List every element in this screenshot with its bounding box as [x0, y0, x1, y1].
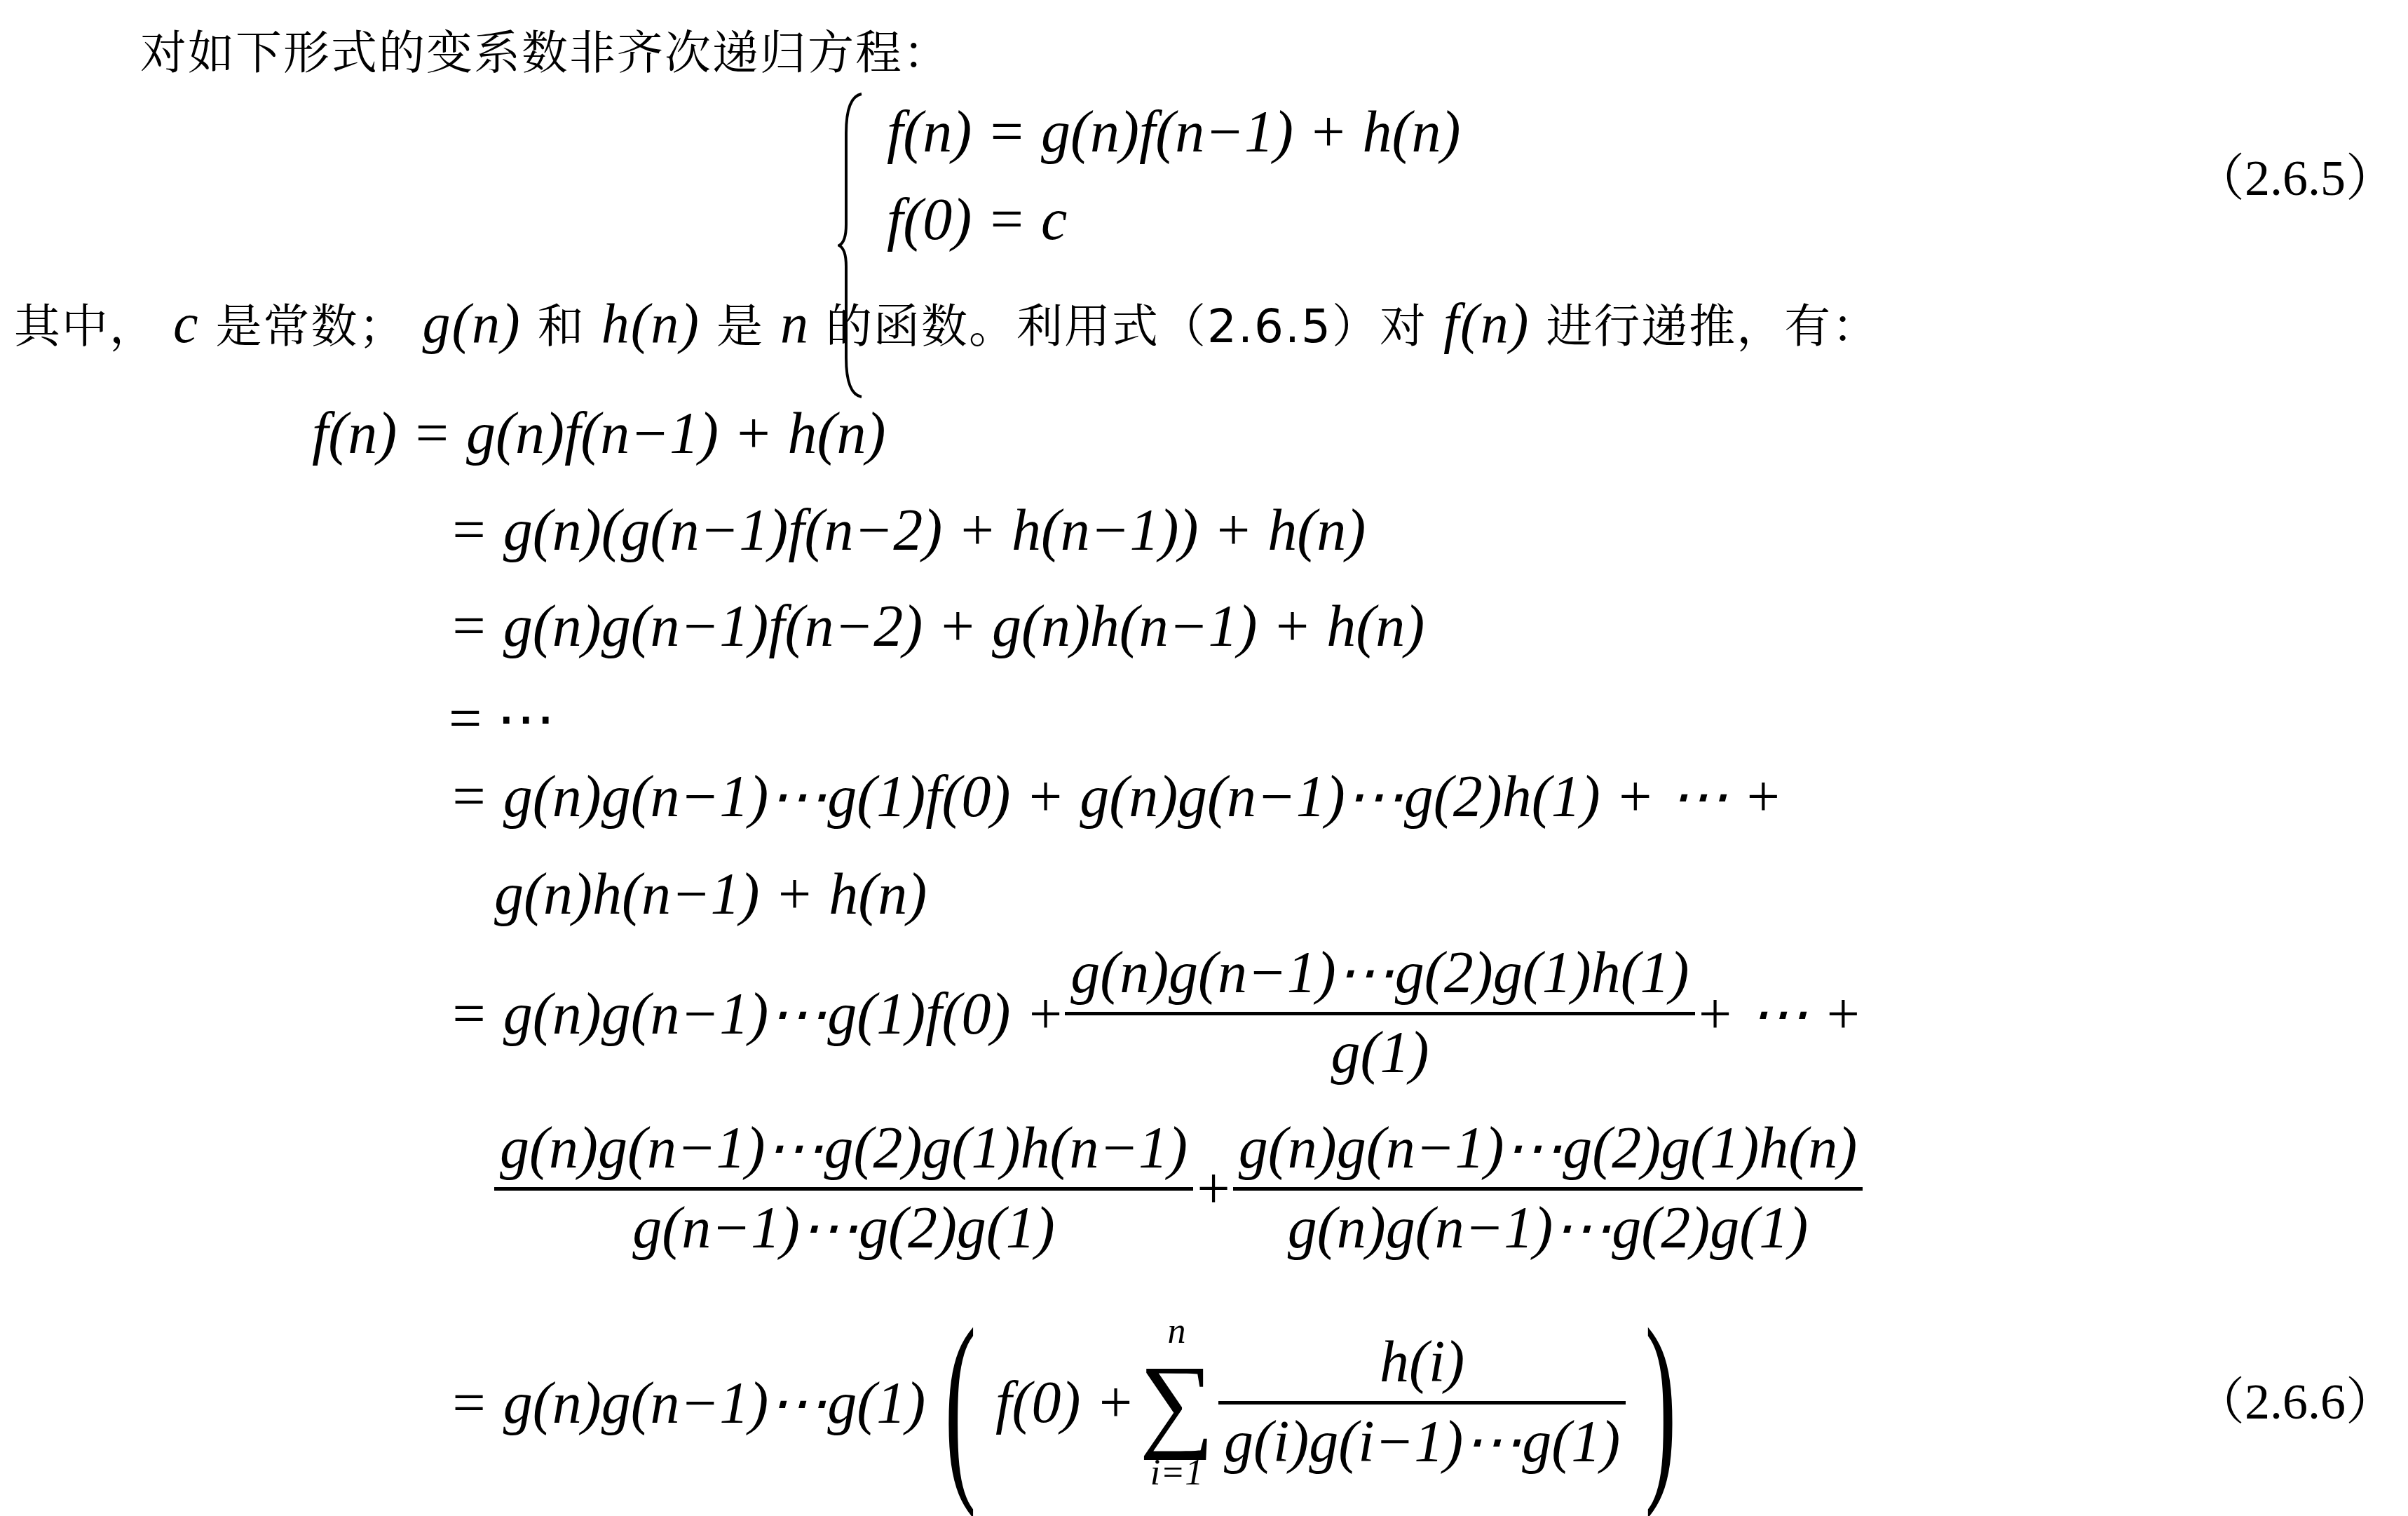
row8-frac1-denominator: g(n−1)⋯g(2)g(1)	[627, 1195, 1061, 1263]
row8-fraction-1: g(n)g(n−1)⋯g(2)g(1)h(n−1) g(n−1)⋯g(2)g(1…	[494, 1115, 1193, 1262]
row8-fraction-2: g(n)g(n−1)⋯g(2)g(1)h(n) g(n)g(n−1)⋯g(2)g…	[1233, 1115, 1863, 1262]
derivation-row-9: = g(n)g(n−1)⋯g(1) ( f(0) + n ∑ i=1 h(i) …	[449, 1304, 1696, 1501]
intro-text: 对如下形式的变系数非齐次递归方程：	[140, 15, 951, 82]
explanation-part3: 和	[538, 299, 585, 353]
sigma-icon: ∑	[1139, 1350, 1214, 1455]
explanation-part6: 进行递推，有：	[1546, 299, 1879, 353]
row8-plus: +	[1193, 1155, 1233, 1223]
derivation-row-6: g(n)h(n−1) + h(n)	[494, 860, 927, 928]
row9-denominator: g(i)g(i−1)⋯g(1)	[1218, 1409, 1626, 1477]
system-equation-1: f(n) = g(n)f(n−1) + h(n)	[887, 98, 1461, 166]
row9-inner-lead: f(0) +	[995, 1369, 1135, 1437]
row7-lead: = g(n)g(n−1)⋯g(1)f(0) +	[449, 979, 1065, 1048]
var-h-n: h(n)	[601, 293, 700, 355]
row9-fraction: h(i) g(i)g(i−1)⋯g(1)	[1218, 1329, 1626, 1476]
var-g-n: g(n)	[422, 293, 521, 355]
derivation-row-7: = g(n)g(n−1)⋯g(1)f(0) + g(n)g(n−1)⋯g(2)g…	[449, 940, 1863, 1087]
var-n: n	[780, 293, 810, 355]
fraction-bar	[494, 1187, 1193, 1191]
row8-frac2-numerator: g(n)g(n−1)⋯g(2)g(1)h(n)	[1233, 1115, 1863, 1183]
explanation-part1: 其中，	[14, 299, 157, 353]
derivation-row-8: g(n)g(n−1)⋯g(2)g(1)h(n−1) g(n−1)⋯g(2)g(1…	[494, 1115, 1863, 1262]
var-f-n: f(n)	[1443, 293, 1530, 355]
sum-lower-limit: i=1	[1150, 1455, 1204, 1491]
right-paren-icon: )	[1645, 1297, 1677, 1508]
row8-frac2-denominator: g(n)g(n−1)⋯g(2)g(1)	[1282, 1195, 1814, 1263]
derivation-row-5: = g(n)g(n−1)⋯g(1)f(0) + g(n)g(n−1)⋯g(2)h…	[449, 762, 1783, 831]
derivation-row-1: f(n) = g(n)f(n−1) + h(n)	[312, 400, 886, 468]
row8-frac1-numerator: g(n)g(n−1)⋯g(2)g(1)h(n−1)	[494, 1115, 1193, 1183]
explanation-part4: 是	[716, 299, 764, 353]
explanation-part2: 是常数；	[215, 299, 406, 353]
row7-trail: + ⋯ +	[1695, 979, 1863, 1048]
row7-numerator: g(n)g(n−1)⋯g(2)g(1)h(1)	[1065, 940, 1694, 1008]
system-equation-2: f(0) = c	[887, 186, 1067, 254]
explanation-text: 其中， c 是常数； g(n) 和 h(n) 是 n 的函数。利用式（2.6.5…	[14, 289, 1879, 356]
derivation-row-4: = ⋯	[449, 684, 555, 753]
equation-number-2-6-5: （2.6.5）	[2194, 137, 2396, 210]
row7-fraction: g(n)g(n−1)⋯g(2)g(1)h(1) g(1)	[1065, 940, 1694, 1087]
summation: n ∑ i=1	[1139, 1313, 1214, 1491]
derivation-row-3: = g(n)g(n−1)f(n−2) + g(n)h(n−1) + h(n)	[449, 593, 1424, 661]
row9-lead: = g(n)g(n−1)⋯g(1)	[449, 1368, 925, 1437]
fraction-bar	[1218, 1401, 1626, 1405]
derivation-row-2: = g(n)(g(n−1)f(n−2) + h(n−1)) + h(n)	[449, 496, 1366, 564]
row7-denominator: g(1)	[1325, 1020, 1434, 1088]
fraction-bar	[1233, 1187, 1863, 1191]
explanation-part5: 的函数。利用式（2.6.5）对	[826, 299, 1427, 353]
equation-number-2-6-6: （2.6.6）	[2194, 1360, 2396, 1433]
left-paren-icon: (	[945, 1297, 977, 1508]
var-c: c	[173, 293, 200, 355]
row9-numerator: h(i)	[1374, 1329, 1470, 1397]
fraction-bar	[1065, 1012, 1694, 1015]
